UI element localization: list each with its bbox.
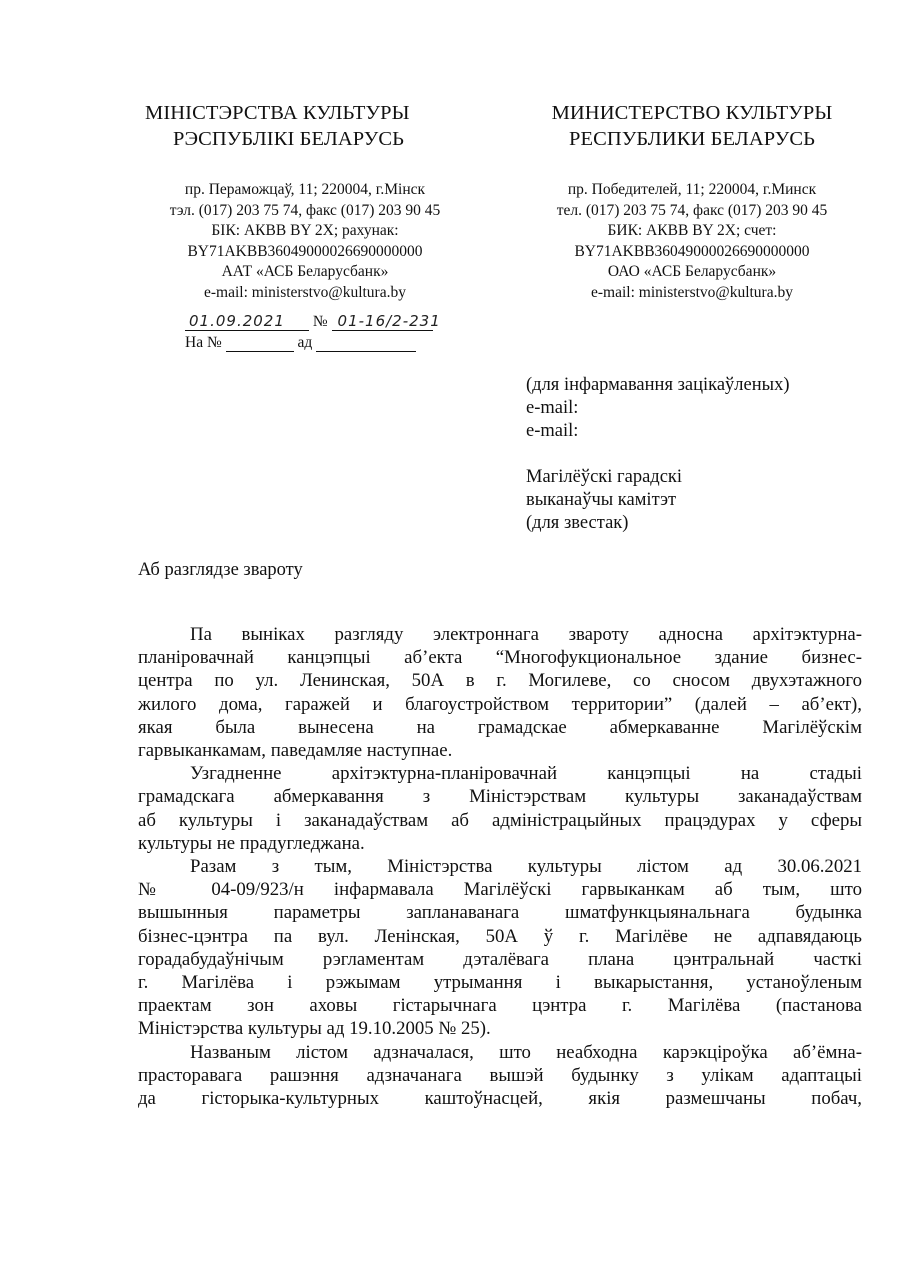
email-line: e-mail: ministerstvo@kultura.by — [512, 283, 872, 304]
bank-name-line: ААТ «АСБ Беларусбанк» — [130, 262, 480, 283]
contact-block-russian: пр. Победителей, 11; 220004, г.Минск тел… — [512, 180, 872, 303]
address-line: пр. Победителей, 11; 220004, г.Минск — [512, 180, 872, 201]
phone-line: тэл. (017) 203 75 74, факс (017) 203 90 … — [130, 201, 480, 222]
recipient-email-2: e-mail: — [526, 420, 790, 443]
recipient-org-line1: Магілёўскі гарадскі — [526, 466, 790, 489]
recipient-email-1: e-mail: — [526, 397, 790, 420]
handwritten-number: 01-16/2-231 — [332, 312, 433, 331]
paragraph-4: Названым лістом адзначалася, што неабход… — [138, 1041, 862, 1111]
paragraph-1: Па выніках разгляду электроннага звароту… — [138, 623, 862, 762]
account-line: BY71AKBB36049000026690000000 — [512, 242, 872, 263]
contact-block-belarusian: пр. Пераможцаў, 11; 220004, г.Мінск тэл.… — [130, 180, 480, 303]
address-line: пр. Пераможцаў, 11; 220004, г.Мінск — [130, 180, 480, 201]
reply-label: На № — [185, 334, 222, 351]
recipient-org-note: (для звестак) — [526, 512, 790, 535]
handwritten-date: 01.09.2021 — [185, 312, 309, 331]
recipient-org-line2: выканаўчы камітэт — [526, 489, 790, 512]
spacer — [526, 443, 790, 466]
reply-number-blank — [226, 337, 294, 352]
bank-name-line: ОАО «АСБ Беларусбанк» — [512, 262, 872, 283]
paragraph-2: Узгадненне архітэктурна-планіровачнай ка… — [138, 762, 862, 855]
bank-code-line: БІК: АКВВ BY 2Х; рахунак: — [130, 221, 480, 242]
header-russian: МИНИСТЕРСТВО КУЛЬТУРЫ РЕСПУБЛИКИ БЕЛАРУС… — [512, 100, 872, 303]
email-line: e-mail: ministerstvo@kultura.by — [130, 283, 480, 304]
header-belarusian: МІНІСТЭРСТВА КУЛЬТУРЫ РЭСПУБЛІКІ БЕЛАРУС… — [130, 100, 480, 303]
recipients-block: (для інфармавання зацікаўленых) e-mail: … — [526, 374, 790, 535]
letter-subject: Аб разглядзе звароту — [138, 560, 303, 581]
bank-code-line: БИК: АКВВ BY 2Х; счет: — [512, 221, 872, 242]
from-label: ад — [298, 334, 313, 351]
number-label: № — [313, 313, 328, 330]
account-line: BY71AKBB36049000026690000000 — [130, 242, 480, 263]
org-name-belarusian: МІНІСТЭРСТВА КУЛЬТУРЫ РЭСПУБЛІКІ БЕЛАРУС… — [130, 100, 480, 152]
paragraph-3: Разам з тым, Міністэрства культуры лісто… — [138, 855, 862, 1041]
recipient-interested-note: (для інфармавання зацікаўленых) — [526, 374, 790, 397]
incoming-reference: На № ад — [185, 334, 435, 356]
letter-body: Па выніках разгляду электроннага звароту… — [138, 623, 862, 1110]
reference-block: 01.09.2021 № 01-16/2-231 На № ад — [185, 312, 435, 356]
reply-date-blank — [316, 337, 416, 352]
outgoing-reference: 01.09.2021 № 01-16/2-231 — [185, 312, 435, 334]
org-name-russian: МИНИСТЕРСТВО КУЛЬТУРЫ РЕСПУБЛИКИ БЕЛАРУС… — [512, 100, 872, 152]
phone-line: тел. (017) 203 75 74, факс (017) 203 90 … — [512, 201, 872, 222]
